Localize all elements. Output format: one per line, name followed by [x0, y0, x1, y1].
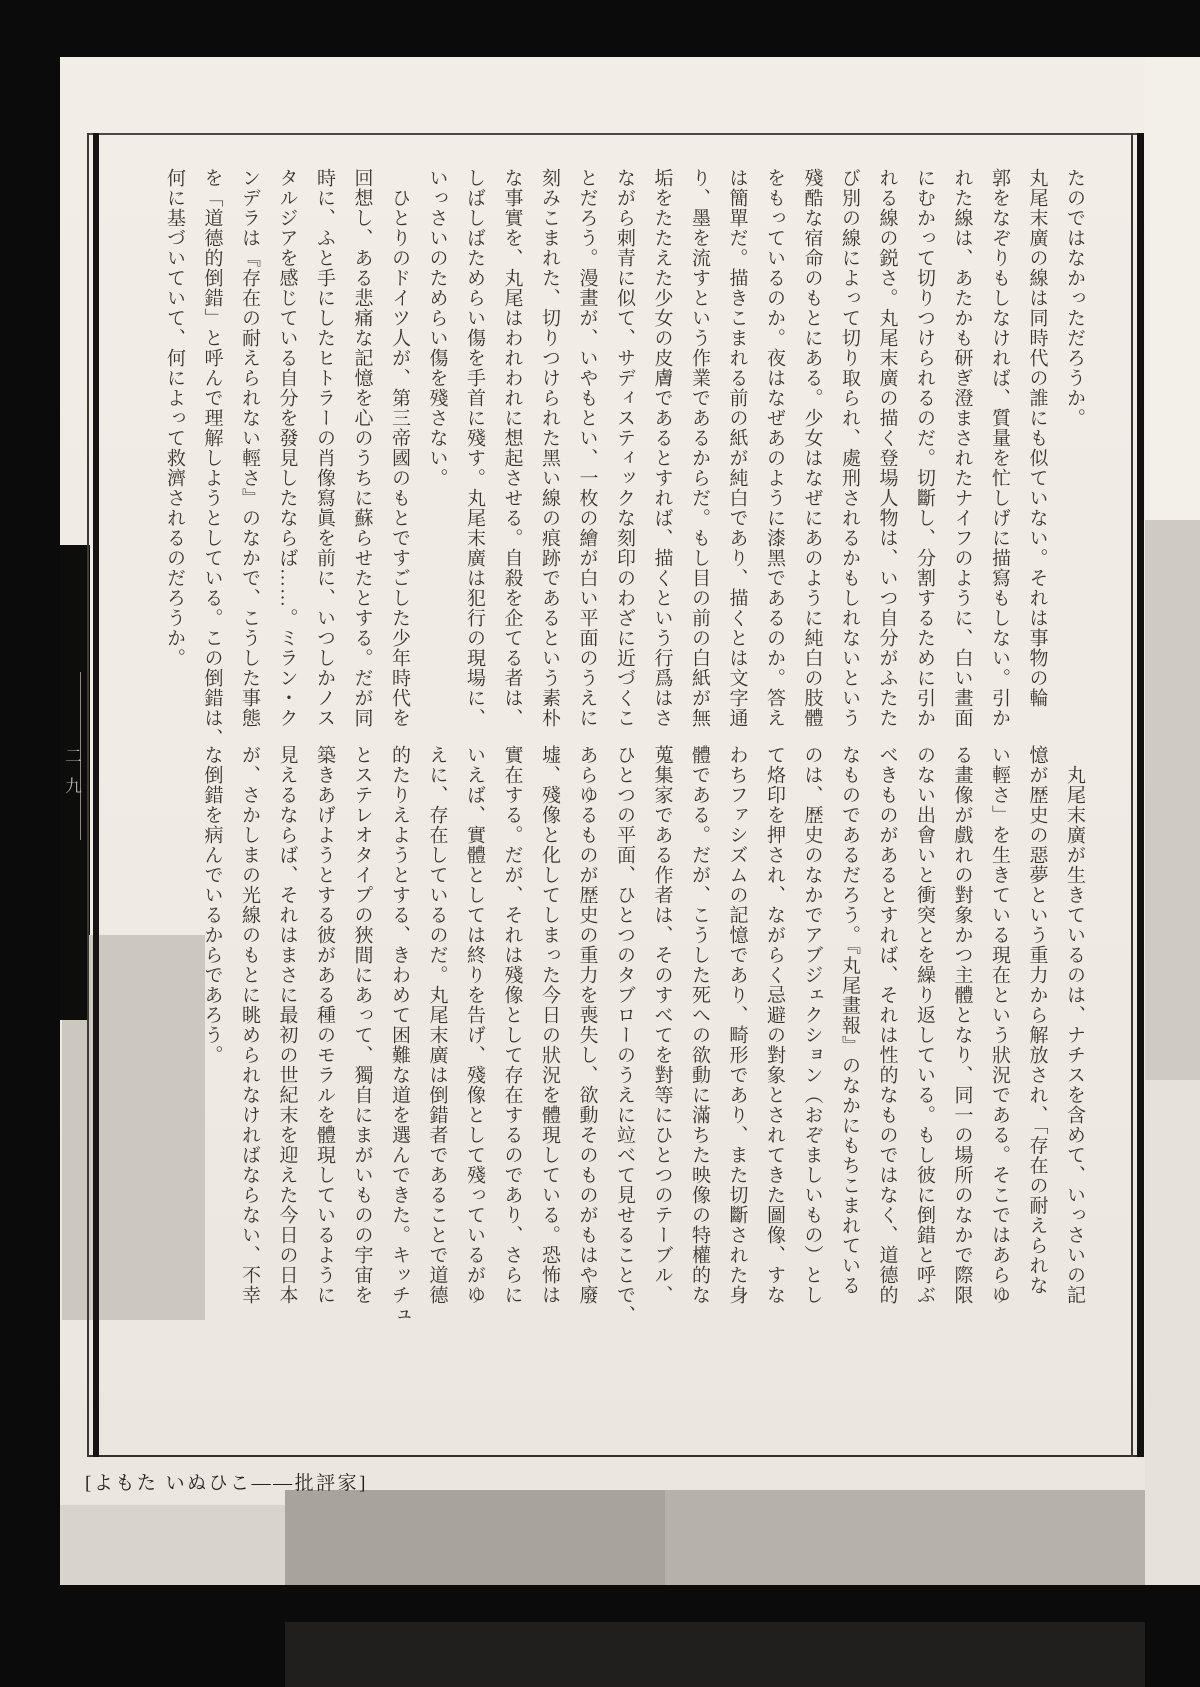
text-column: とステレオタイプの狹間にあって、獨自にまがいものの宇宙を — [343, 745, 381, 1315]
text-column: タルジアを感じている自分を發見したならば……。ミラン・ク — [268, 168, 306, 732]
author-caption: [よもた いぬひこ――批評家] — [85, 1468, 368, 1495]
text-column: 丸尾末廣の線は同時代の誰にも似ていない。それは事物の輪 — [1018, 168, 1056, 732]
text-column: は簡單だ。描きこまれる前の紙が純白であり、描くとは文字通 — [718, 168, 756, 732]
text-column: 蒐集家である作者は、そのすべてを對等にひとつのテーブル、 — [643, 745, 681, 1315]
text-column: ひとりのドイツ人が、第三帝國のもとですごした少年時代を — [381, 168, 419, 732]
frame-rule-left-thin — [87, 133, 89, 1457]
text-column: 丸尾末廣が生きているのは、ナチスを含めて、いっさいの記 — [1056, 745, 1094, 1315]
text-band-upper: たのではなかっただろうか。 丸尾末廣の線は同時代の誰にも似ていない。それは事物の… — [156, 168, 1094, 732]
text-column: な事實を、丸尾はわれわれに想起させる。自殺を企てる者は、 — [493, 168, 531, 732]
scan-shadow — [60, 1505, 285, 1585]
text-column: 築きあげようとする彼がある種のモラルを體現しているように — [306, 745, 344, 1315]
scan-edge-strip — [1145, 1080, 1200, 1585]
text-column: ひとつの平面、ひとつのタブローのうえに竝べて見せることで、 — [606, 745, 644, 1315]
scan-edge-strip — [285, 1622, 1145, 1687]
text-column: をもっているのか。夜はなぜあのように漆黑であるのか。答え — [756, 168, 794, 732]
frame-rule-right-thick — [1137, 133, 1144, 1457]
text-column: のは、歴史のなかでアブジェクション（おぞましいもの）とし — [793, 745, 831, 1315]
text-column: を「道德的倒錯」と呼んで理解しようとしている。この倒錯は、 — [193, 168, 231, 732]
text-column: 憶が歴史の惡夢という重力から解放され、「存在の耐えられな — [1018, 745, 1056, 1315]
text-column: にむかって切りつけられるのだ。切斷し、分割するために引か — [906, 168, 944, 732]
scan-edge-strip — [1145, 57, 1200, 520]
text-column: いっさいのためらい傷を殘さない。 — [418, 168, 456, 732]
page-number: 二九 — [59, 747, 84, 807]
book-page: たのではなかっただろうか。 丸尾末廣の線は同時代の誰にも似ていない。それは事物の… — [60, 57, 1145, 1585]
text-column: 刻みこまれた、切りつけられた黑い線の痕跡であるという素朴 — [531, 168, 569, 732]
scan-shadow — [62, 1020, 205, 1320]
text-column: が、さかしまの光線のもとに眺められなければならない、不幸 — [231, 745, 269, 1315]
text-column: あらゆるものが歴史の重力を喪失し、欲動そのものがもはや廢 — [568, 745, 606, 1315]
scan-edge-strip — [1145, 520, 1200, 1080]
text-column: のない出會いと衝突とを繰り返している。もし彼に倒錯と呼ぶ — [906, 745, 944, 1315]
text-column: び別の線によって切り取られ、處刑されるかもしれないという — [831, 168, 869, 732]
text-column: 垢をたたえた少女の皮膚であるとすれば、描くという行爲はさ — [643, 168, 681, 732]
text-column: しばしばためらい傷を手首に殘す。丸尾末廣は犯行の現場に、 — [456, 168, 494, 732]
text-column: たのではなかっただろうか。 — [1056, 168, 1094, 732]
text-column: えに、存在しているのだ。丸尾末廣は倒錯者であることで道德 — [418, 745, 456, 1315]
text-column: 何に基づいていて、何によって救濟されるのだろうか。 — [156, 168, 194, 732]
text-column: れる線の鋭さ。丸尾末廣の描く登場人物は、いつ自分がふたた — [868, 168, 906, 732]
text-column: とだろう。漫畫が、いやもとい、一枚の繪が白い平面のうえに — [568, 168, 606, 732]
text-column: 墟、殘像と化してしまった今日の狀況を體現している。恐怖は — [531, 745, 569, 1315]
scan-shadow — [285, 1490, 665, 1585]
text-column: いえば、實體としては終りを告げ、殘像として殘っているがゆ — [456, 745, 494, 1315]
text-column: 體である。だが、こうした死への欲動に滿ちた映像の特權的な — [681, 745, 719, 1315]
text-column: べきものがあるとすれば、それは性的なものではなく、道德的 — [868, 745, 906, 1315]
text-column: り、墨を流すという作業であるからだ。もし目の前の白紙が無 — [681, 168, 719, 732]
text-column: 殘酷な宿命のもとにある。少女はなぜにあのように純白の肢體 — [793, 168, 831, 732]
text-column: ンデラは『存在の耐えられない輕さ』のなかで、こうした事態 — [231, 168, 269, 732]
text-column: い輕さ」を生きている現在という狀況である。そこではあらゆ — [981, 745, 1019, 1315]
text-column: れた線は、あたかも研ぎ澄まされたナイフのように、白い畫面 — [943, 168, 981, 732]
frame-rule-right-thin — [1131, 133, 1133, 1457]
frame-rule-bottom — [87, 1455, 1144, 1457]
frame-rule-left-thick — [93, 133, 99, 1457]
frame-rule-top — [87, 133, 1144, 135]
text-column: 回想し、ある悲痛な記憶を心のうちに蘇らせたとする。だが同 — [343, 168, 381, 732]
text-column: 的たりえようとする、きわめて困難な道を選んできた。キッチュ — [381, 745, 419, 1315]
text-column: 見えるならば、それはまさに最初の世紀末を迎えた今日の日本 — [268, 745, 306, 1315]
text-column: なものであるだろう。『丸尾畫報』のなかにもちこまれている — [831, 745, 869, 1315]
text-column: わちファシズムの記憶であり、畸形であり、また切斷された身 — [718, 745, 756, 1315]
text-column: る畫像が戲れの對象かつ主體となり、同一の場所のなかで際限 — [943, 745, 981, 1315]
text-column: 郭をなぞりもしなければ、質量を忙しげに描寫もしない。引か — [981, 168, 1019, 732]
text-column: て烙印を押され、ながらく忌避の對象とされてきた圖像、すな — [756, 745, 794, 1315]
text-column: 時に、ふと手にしたヒトラーの肖像寫眞を前に、いつしかノス — [306, 168, 344, 732]
scan-shadow — [88, 935, 205, 1020]
scanned-book-photo: { "colors": { "paper": "#efebe3", "ink":… — [0, 0, 1200, 1687]
text-column: な倒錯を病んでいるからであろう。 — [193, 745, 231, 1315]
text-column: ながら刺青に似て、サディスティックな刻印のわざに近づくこ — [606, 168, 644, 732]
text-band-lower: 丸尾末廣が生きているのは、ナチスを含めて、いっさいの記 憶が歴史の惡夢という重力… — [193, 745, 1093, 1315]
text-column: 實在する。だが、それは殘像として存在するのであり、さらに — [493, 745, 531, 1315]
scan-shadow — [665, 1490, 1145, 1585]
